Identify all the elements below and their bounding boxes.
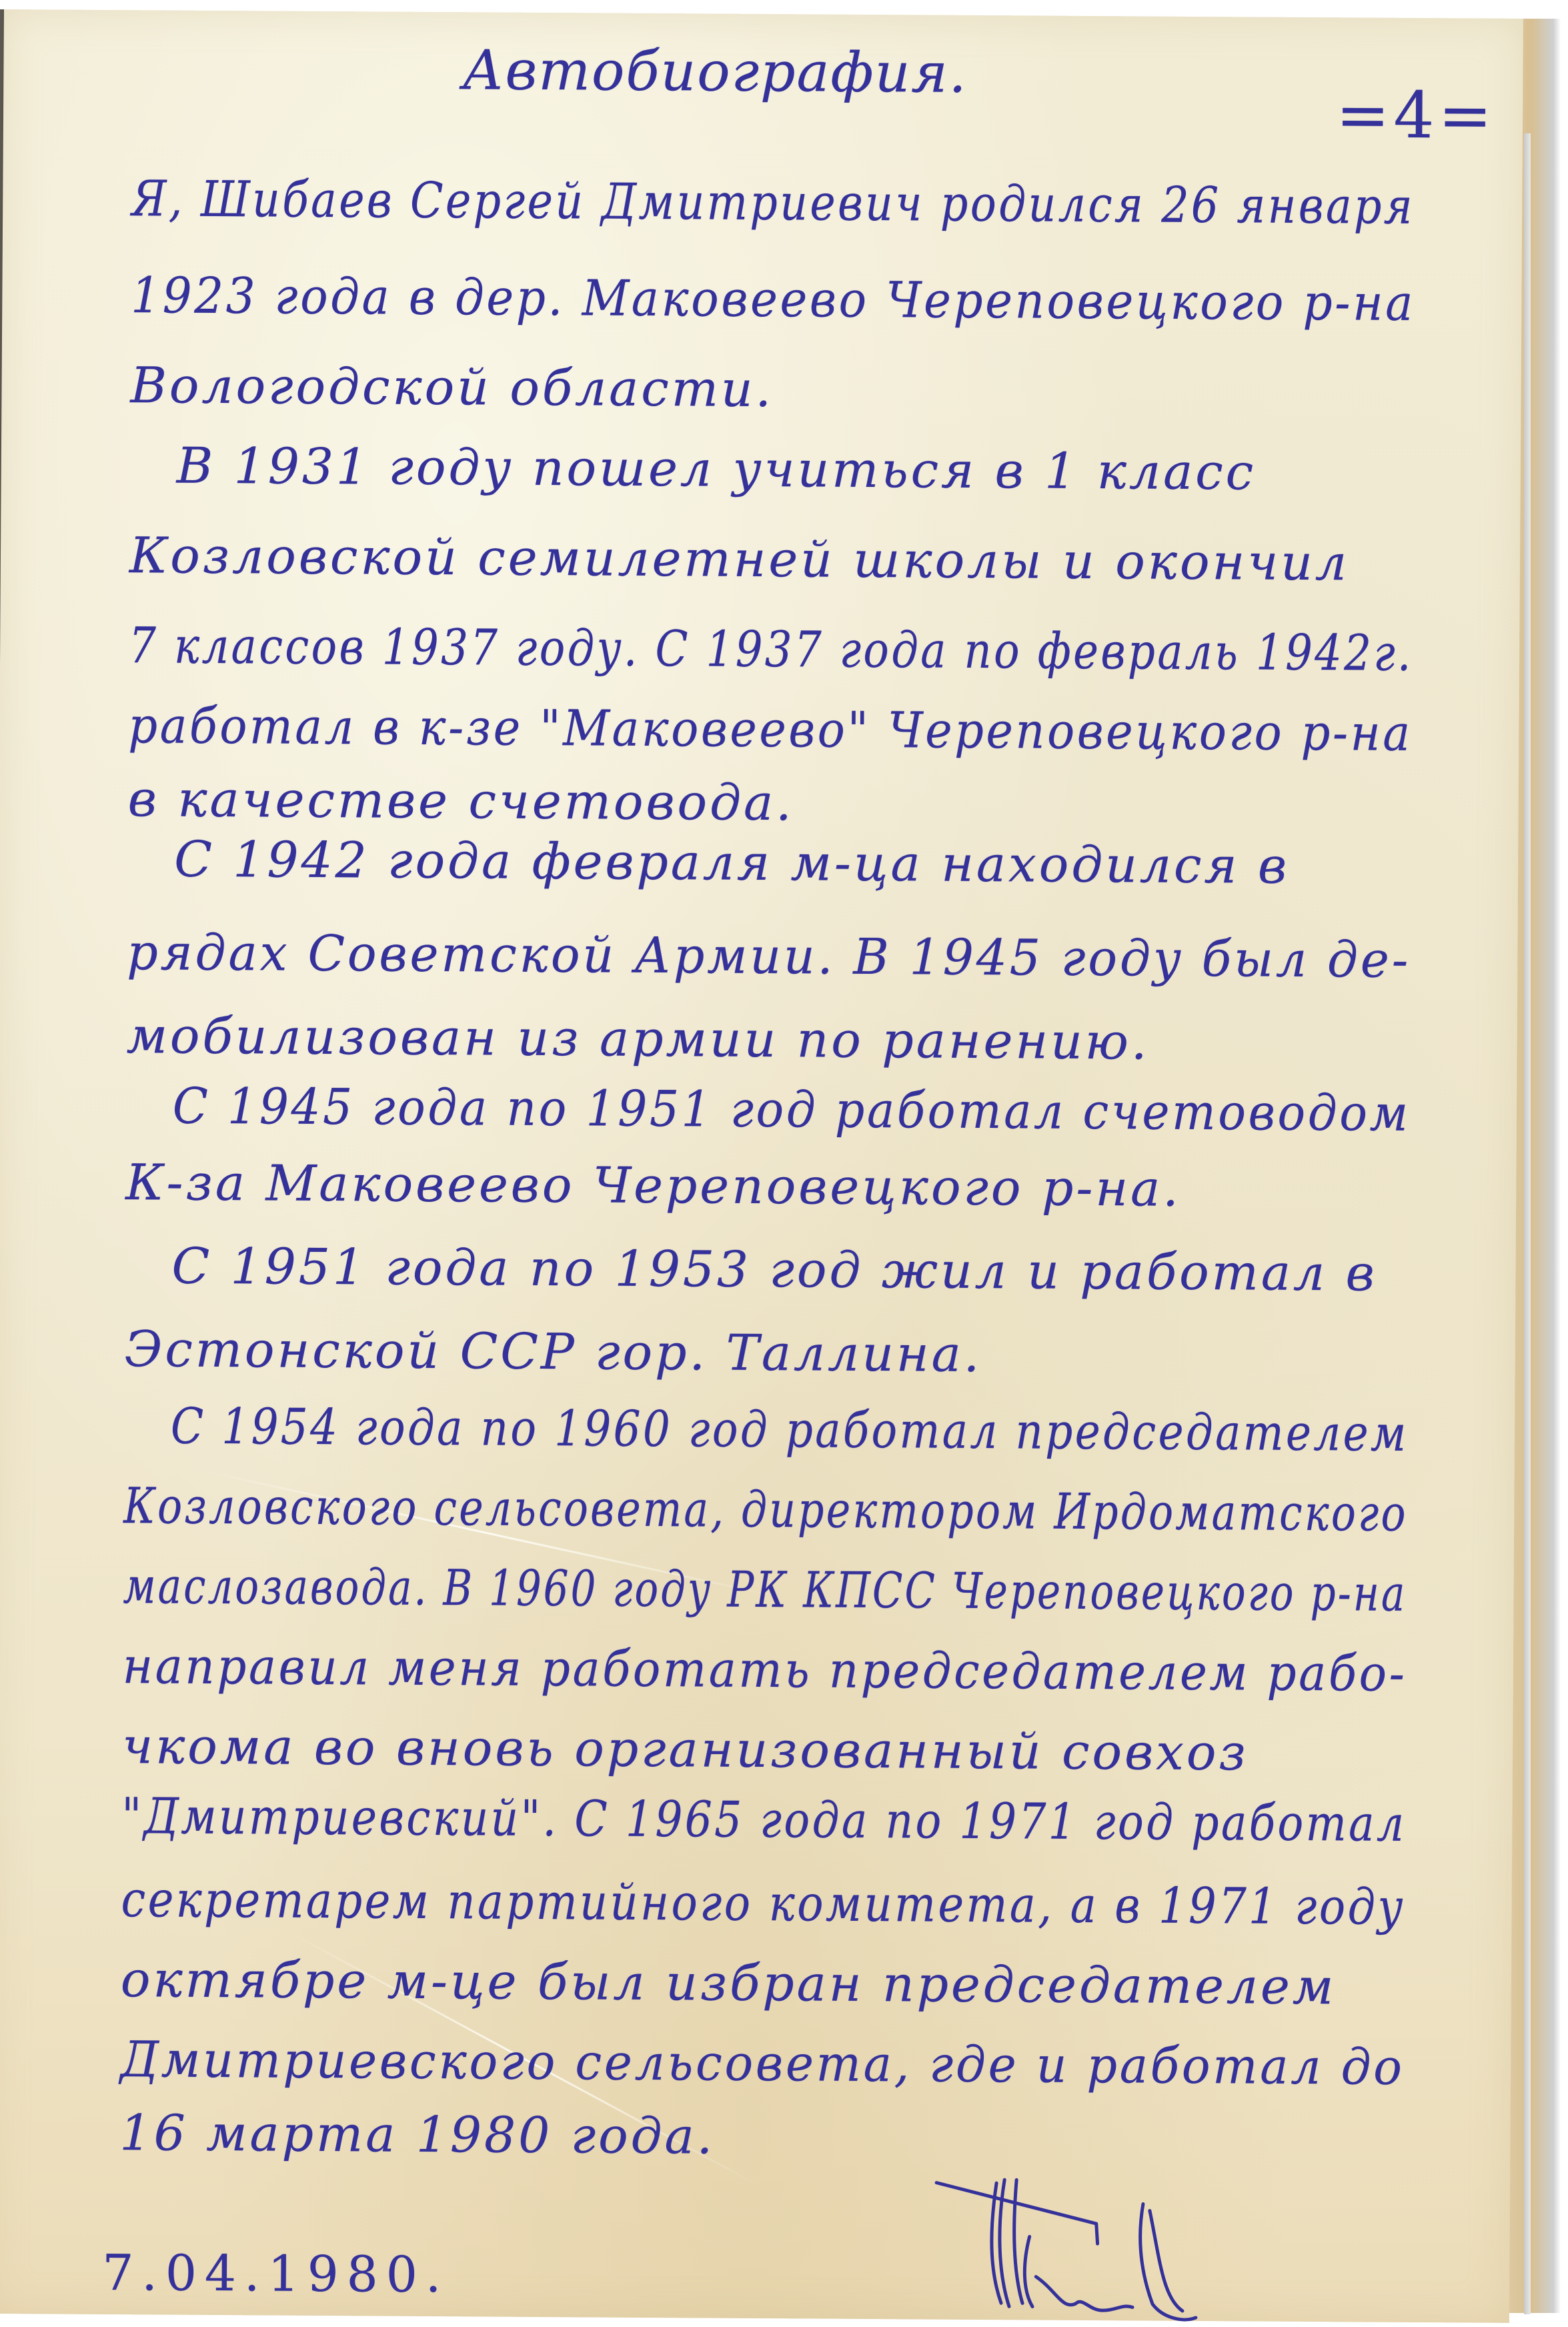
document-date: 7.04.1980. [102,2244,450,2304]
signature [922,2109,1271,2324]
handwritten-body: Я, Шибаев Сергей Дмитриевич родился 26 я… [3,9,1523,19]
paper-edge [1524,133,1531,2314]
handwritten-line: К-за Маковеево Череповецкого р-на. [125,1154,1181,1218]
document-sheet: Автобиография. =4= Я, Шибаев Сергей Дмит… [0,9,1523,2323]
handwritten-line: секретарем партийного комитета, а в 1971… [121,1871,1405,1936]
handwritten-line: направил меня работать председателем раб… [123,1637,1407,1703]
handwritten-line: С 1942 года февраля м-ца находился в [174,831,1289,895]
handwritten-line: 16 марта 1980 года. [119,2104,715,2165]
handwritten-line: Эстонской ССР гор. Таллина. [124,1321,982,1383]
handwritten-line: 7 классов 1937 году. С 1937 года по февр… [129,617,1413,682]
handwritten-line: С 1945 года по 1951 год работал счетовод… [173,1078,1411,1142]
handwritten-line: Вологодской области. [130,357,774,418]
handwritten-line: "Дмитриевский". С 1965 года по 1971 год … [121,1787,1407,1853]
handwritten-line: октябре м-це был избран председателем [121,1951,1337,2016]
handwritten-line: С 1951 года по 1953 год жил и работал в [171,1238,1377,1303]
handwritten-line: Козловского сельсовета, директором Ирдом… [123,1477,1408,1543]
handwritten-line: в качестве счетовода. [128,770,794,832]
scanned-page: Автобиография. =4= Я, Шибаев Сергей Дмит… [0,0,1568,2327]
handwritten-line: работал в к-зе "Маковеево" Череповецкого… [128,697,1413,762]
handwritten-line: чкома во вновь организованный совхоз [122,1717,1249,1781]
handwritten-line: мобилизован из армии по ранению. [126,1007,1149,1070]
handwritten-line: Козловской семилетней школы и окончил [129,527,1350,592]
handwritten-line: 1923 года в дер. Маковеево Череповецкого… [131,267,1415,332]
document-title: Автобиография. [462,39,968,105]
handwritten-line: маслозавода. В 1960 году РК КПСС Черепов… [123,1557,1407,1623]
page-number: =4= [1336,77,1497,153]
handwritten-line: Дмитриевского сельсовета, где и работал … [120,2031,1405,2096]
handwritten-line: В 1931 году пошел учиться в 1 класс [177,438,1257,502]
handwritten-line: С 1954 года по 1960 год работал председа… [171,1398,1409,1463]
handwritten-line: Я, Шибаев Сергей Дмитриевич родился 26 я… [131,170,1415,235]
handwritten-line: рядах Советской Армии. В 1945 году был д… [127,924,1411,989]
